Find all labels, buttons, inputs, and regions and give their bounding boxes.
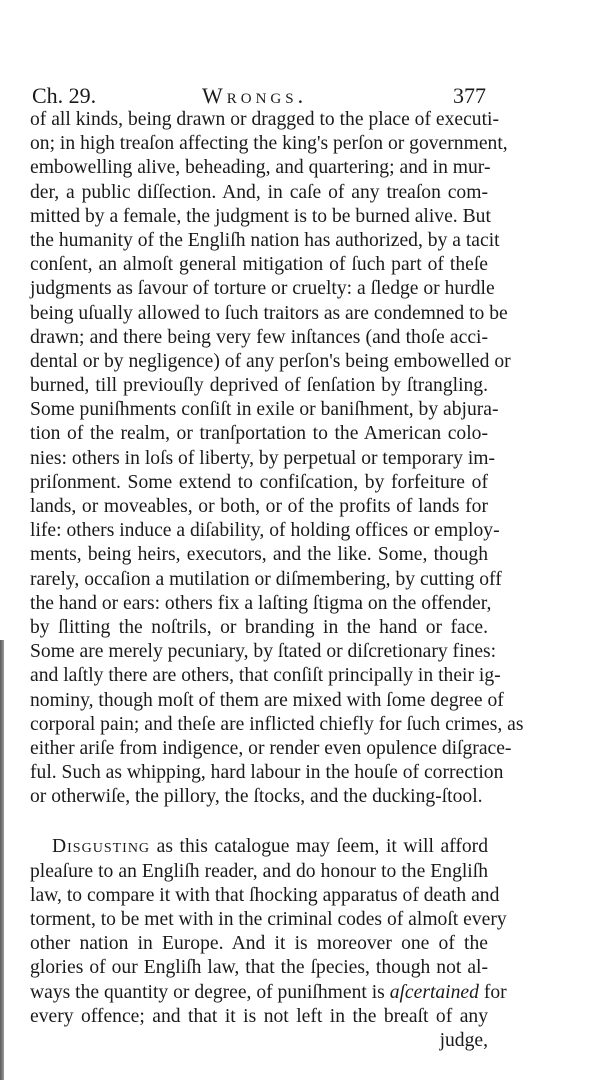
text-line: either ariſe from indigence, or render e…	[30, 737, 488, 761]
text-line: the hand or ears: others fix a laſting ſ…	[30, 592, 488, 616]
text-line: being uſually allowed to ſuch traitors a…	[30, 302, 488, 326]
paragraph-spacer	[30, 809, 488, 835]
text-line: burned, till previouſly deprived of ſenſ…	[30, 374, 488, 398]
text-line: by ſlitting the noſtrils, or branding in…	[30, 616, 488, 640]
text-line: life: others induce a diſability, of hol…	[30, 519, 488, 543]
text-line: Some puniſhments conſiſt in exile or ban…	[30, 398, 488, 422]
text-line: drawn; and there being very few inſtance…	[30, 326, 488, 350]
text-line: tion of the realm, or tranſportation to …	[30, 422, 488, 446]
text-line: conſent, an almoſt general mitigation of…	[30, 253, 488, 277]
text-line: on; in high treaſon affecting the king's…	[30, 132, 488, 156]
catchword: judge,	[30, 1029, 488, 1053]
text-line: lands, or moveables, or both, or of the …	[30, 495, 488, 519]
line-before-italic: ways the quantity or degree, of puniſhme…	[30, 982, 390, 1003]
text-line-first: Disgusting as this catalogue may ſeem, i…	[30, 835, 488, 859]
text-line: law, to compare it with that ſhocking ap…	[30, 884, 488, 908]
paragraph-2: Disgusting as this catalogue may ſeem, i…	[30, 835, 488, 1053]
text-line: nies: others in loſs of liberty, by perp…	[30, 447, 488, 471]
text-line: Some are merely pecuniary, by ſtated or …	[30, 640, 488, 664]
text-line: corporal pain; and theſe are inflicted c…	[30, 713, 488, 737]
running-head: Ch. 29. Wrongs. 377	[30, 84, 488, 108]
text-line: torment, to be met with in the criminal …	[30, 908, 488, 932]
text-line: every offence; and that it is not left i…	[30, 1005, 488, 1029]
book-page: Ch. 29. Wrongs. 377 of all kinds, being …	[30, 84, 488, 1053]
text-line: mitted by a female, the judgment is to b…	[30, 205, 488, 229]
text-line: ments, being heirs, executors, and the l…	[30, 543, 488, 567]
text-line: pleaſure to an Engliſh reader, and do ho…	[30, 860, 488, 884]
text-line: rarely, occaſion a mutilation or diſmemb…	[30, 568, 488, 592]
page-number: 377	[453, 84, 486, 108]
text-line-with-italic: ways the quantity or degree, of puniſhme…	[30, 981, 488, 1005]
text-line: der, a public diſſection. And, in caſe o…	[30, 181, 488, 205]
drop-word: Disgusting	[52, 836, 150, 857]
text-line: and laſtly there are others, that conſiſ…	[30, 664, 488, 688]
chapter-label: Ch. 29.	[32, 84, 96, 108]
first-line-rest: as this catalogue may ſeem, it will affo…	[150, 836, 488, 857]
text-line: dental or by negligence) of any perſon's…	[30, 350, 488, 374]
running-title: Wrongs.	[202, 84, 307, 108]
text-line: embowelling alive, beheading, and quarte…	[30, 156, 488, 180]
text-line: other nation in Europe. And it is moreov…	[30, 932, 488, 956]
text-line: judgments as ſavour of torture or cruelt…	[30, 277, 488, 301]
paragraph-1: of all kinds, being drawn or dragged to …	[30, 108, 488, 809]
text-line: or otherwiſe, the pillory, the ſtocks, a…	[30, 785, 488, 809]
text-line: the humanity of the Engliſh nation has a…	[30, 229, 488, 253]
text-line: priſonment. Some extend to confiſcation,…	[30, 471, 488, 495]
text-line: nominy, though moſt of them are mixed wi…	[30, 689, 488, 713]
text-line: of all kinds, being drawn or dragged to …	[30, 108, 488, 132]
line-after-italic: for	[479, 982, 507, 1003]
text-line: glories of our Engliſh law, that the ſpe…	[30, 956, 488, 980]
italic-word: aſcertained	[390, 982, 479, 1003]
binding-gutter-shadow	[0, 640, 4, 1080]
text-line: ful. Such as whipping, hard labour in th…	[30, 761, 488, 785]
